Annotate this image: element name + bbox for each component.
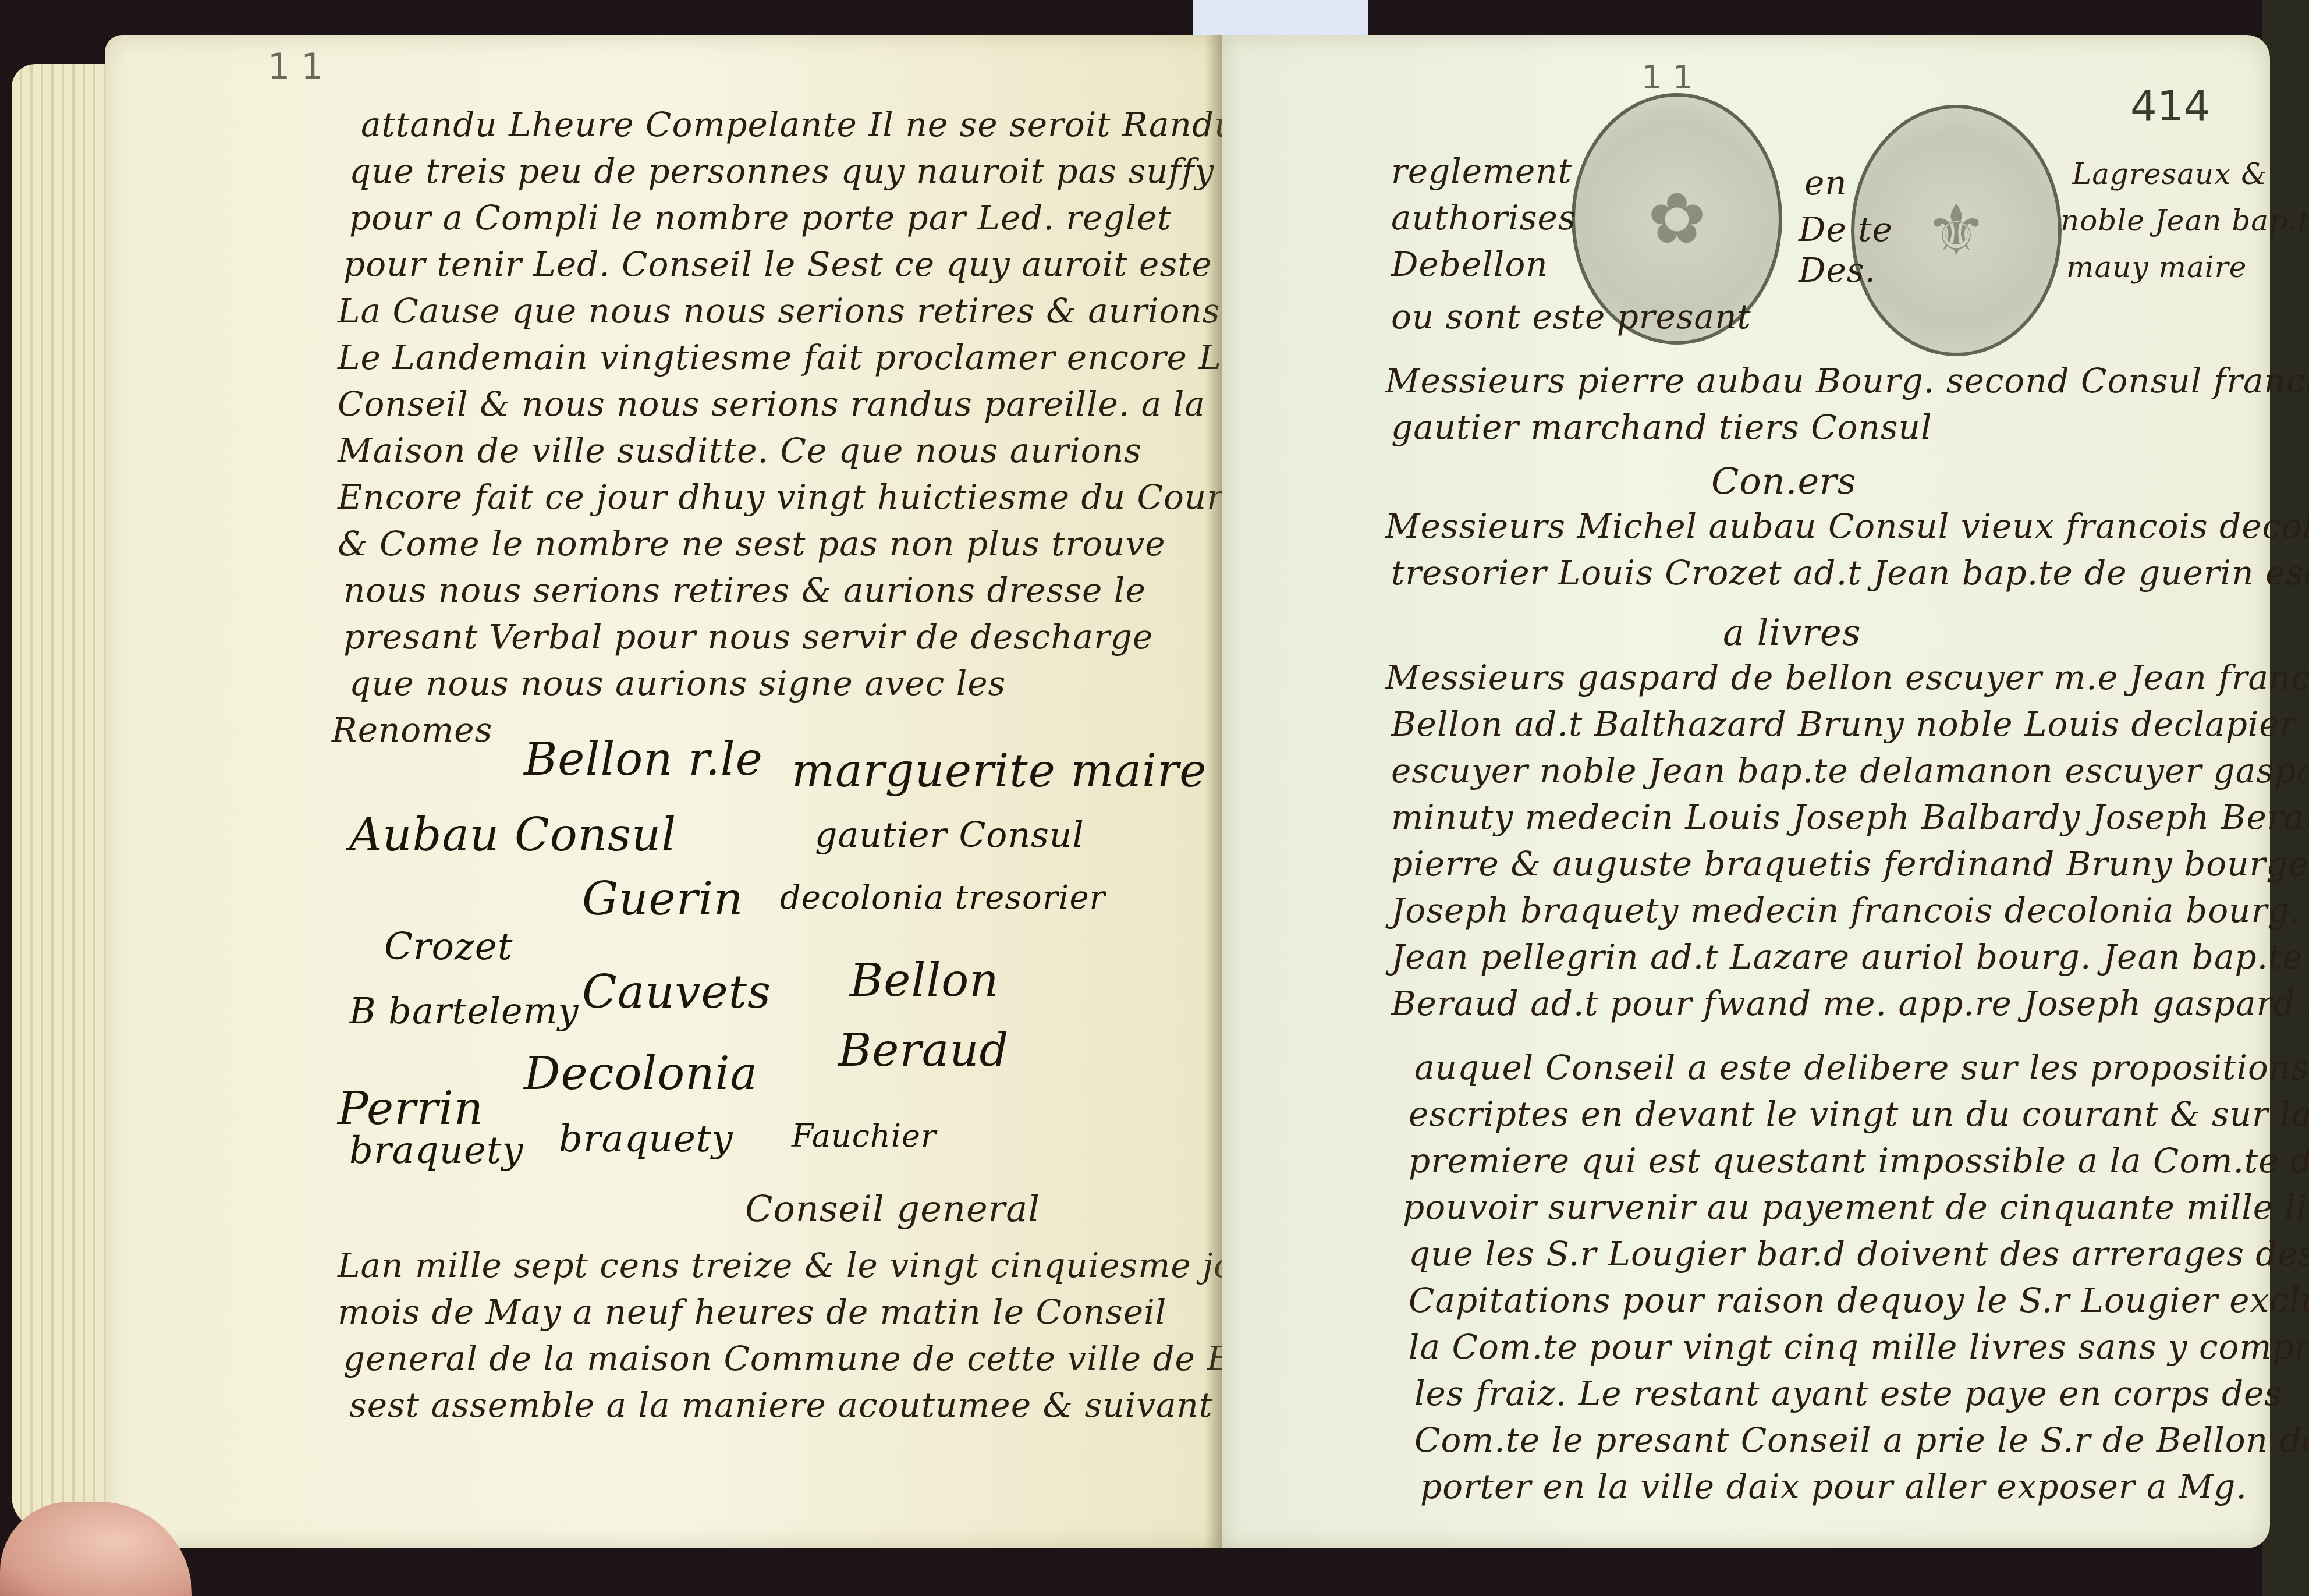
left-page: 1 1 attandu Lheure Compelante Il ne se s…	[105, 35, 1222, 1548]
text-line: les fraiz. Le restant ayant este paye en…	[1414, 1374, 2282, 1413]
signature: gautier Consul	[815, 815, 1084, 856]
text-line: Lan mille sept cens treize & le vingt ci…	[338, 1246, 1329, 1285]
text-line: & Come le nombre ne sest pas non plus tr…	[338, 524, 1166, 563]
text-line: Encore fait ce jour dhuy vingt huictiesm…	[338, 477, 1281, 517]
text-line: pour a Compli le nombre porte par Led. r…	[349, 198, 1172, 237]
text-line: la Com.te pour vingt cinq mille livres s…	[1409, 1327, 2309, 1367]
signature: Crozet	[384, 925, 513, 969]
text-line: que treis peu de personnes quy nauroit p…	[349, 151, 1214, 191]
text-line: Beraud ad.t pour fwand me. app.re Joseph…	[1391, 984, 2309, 1023]
text-fragment: noble Jean bap.te	[2060, 204, 2309, 237]
text-line: pierre & auguste braquetis ferdinand Bru…	[1391, 844, 2309, 884]
text-line: Bellon ad.t Balthazard Bruny noble Louis…	[1391, 704, 2296, 744]
text-fragment: authorises	[1391, 198, 1576, 237]
text-fragment: reglement	[1391, 151, 1572, 191]
text-line: Com.te le presant Conseil a prie le S.r …	[1414, 1420, 2309, 1460]
text-line: auquel Conseil a este delibere sur les p…	[1414, 1048, 2309, 1087]
signature: decolonia tresorier	[780, 879, 1105, 917]
text-line: pour tenir Led. Conseil le Sest ce quy a…	[343, 244, 1212, 284]
text-line: porter en la ville daix pour aller expos…	[1420, 1467, 2247, 1506]
text-line: Capitations pour raison dequoy le S.r Lo…	[1409, 1281, 2309, 1320]
signature: marguerite maire	[792, 745, 1207, 797]
text-line: Conseil & nous nous serions randus parei…	[338, 384, 1205, 424]
text-line: ou sont este presant	[1391, 297, 1751, 336]
text-line: minuty medecin Louis Joseph Balbardy Jos…	[1391, 797, 2309, 837]
signature: Fauchier	[792, 1118, 937, 1154]
text-line: escriptes en devant le vingt un du coura…	[1409, 1094, 2309, 1134]
signature: Cauvets	[582, 966, 771, 1019]
text-line: Messieurs gaspard de bellon escuyer m.e …	[1385, 658, 2309, 697]
text-line: que les S.r Lougier bar.d doivent des ar…	[1409, 1234, 2309, 1274]
text-line: Maison de ville susditte. Ce que nous au…	[338, 431, 1142, 470]
right-page: 1 1 414 ✿ ⚜ reglement authorises Debello…	[1222, 35, 2270, 1548]
text-line: nous nous serions retires & aurions dres…	[343, 570, 1146, 610]
text-fragment: Lagresaux &	[2072, 157, 2268, 191]
text-line: sest assemble a la maniere acoutumee & s…	[349, 1385, 1274, 1425]
signature: Beraud	[838, 1024, 1009, 1077]
text-line: presant Verbal pour nous servir de desch…	[343, 617, 1153, 657]
signature: braquety	[349, 1129, 524, 1172]
text-line: Messieurs pierre aubau Bourg. second Con…	[1385, 361, 2309, 400]
text-line: gautier marchand tiers Consul	[1391, 407, 1932, 447]
seal-emblem-icon: ✿	[1648, 179, 1707, 260]
fleur-de-lis-icon: ⚜	[1925, 190, 1988, 271]
text-line: tresorier Louis Crozet ad.t Jean bap.te …	[1391, 553, 2309, 593]
page-number: 414	[2130, 81, 2210, 130]
signature: Bellon	[850, 955, 999, 1007]
text-line: attandu Lheure Compelante Il ne se seroi…	[361, 105, 1236, 144]
signature: B bartelemy	[349, 989, 579, 1032]
text-line: Jean pellegrin ad.t Lazare auriol bourg.…	[1391, 937, 2303, 977]
section-heading: Conseil general	[745, 1187, 1040, 1230]
signature: braquety	[559, 1118, 733, 1161]
signature: Guerin	[582, 873, 743, 925]
signature: Bellon r.le	[524, 733, 763, 786]
text-fragment: mauy maire	[2066, 250, 2247, 284]
text-line: Joseph braquety medecin francois decolon…	[1391, 891, 2301, 930]
signature: Aubau Consul	[349, 809, 676, 861]
text-line: Renomes	[332, 710, 492, 750]
signature: Decolonia	[524, 1048, 758, 1100]
text-line: Le Landemain vingtiesme fait proclamer e…	[338, 338, 1276, 377]
subheading-conseillers: Con.ers	[1711, 460, 1857, 502]
text-fragment: Debellon	[1391, 244, 1548, 284]
text-line: mois de May a neuf heures de matin le Co…	[338, 1292, 1166, 1332]
text-line: que nous nous aurions signe avec les	[349, 664, 1006, 703]
right-page-mark: 1 1	[1641, 58, 1693, 96]
text-fragment: De te	[1799, 210, 1893, 249]
subheading-a-livres: a livres	[1723, 611, 1861, 654]
left-page-mark: 1 1	[268, 47, 323, 87]
text-line: escuyer noble Jean bap.te delamanon escu…	[1391, 751, 2309, 790]
signature: Perrin	[338, 1083, 484, 1135]
text-line: pouvoir survenir au payement de cinquant…	[1403, 1187, 2309, 1227]
text-fragment: Des.	[1799, 250, 1876, 290]
text-line: Messieurs Michel aubau Consul vieux fran…	[1385, 506, 2309, 546]
text-line: premiere qui est questant impossible a l…	[1409, 1141, 2309, 1180]
text-fragment: en	[1804, 163, 1847, 203]
text-line: La Cause que nous nous serions retires &…	[338, 291, 1221, 331]
